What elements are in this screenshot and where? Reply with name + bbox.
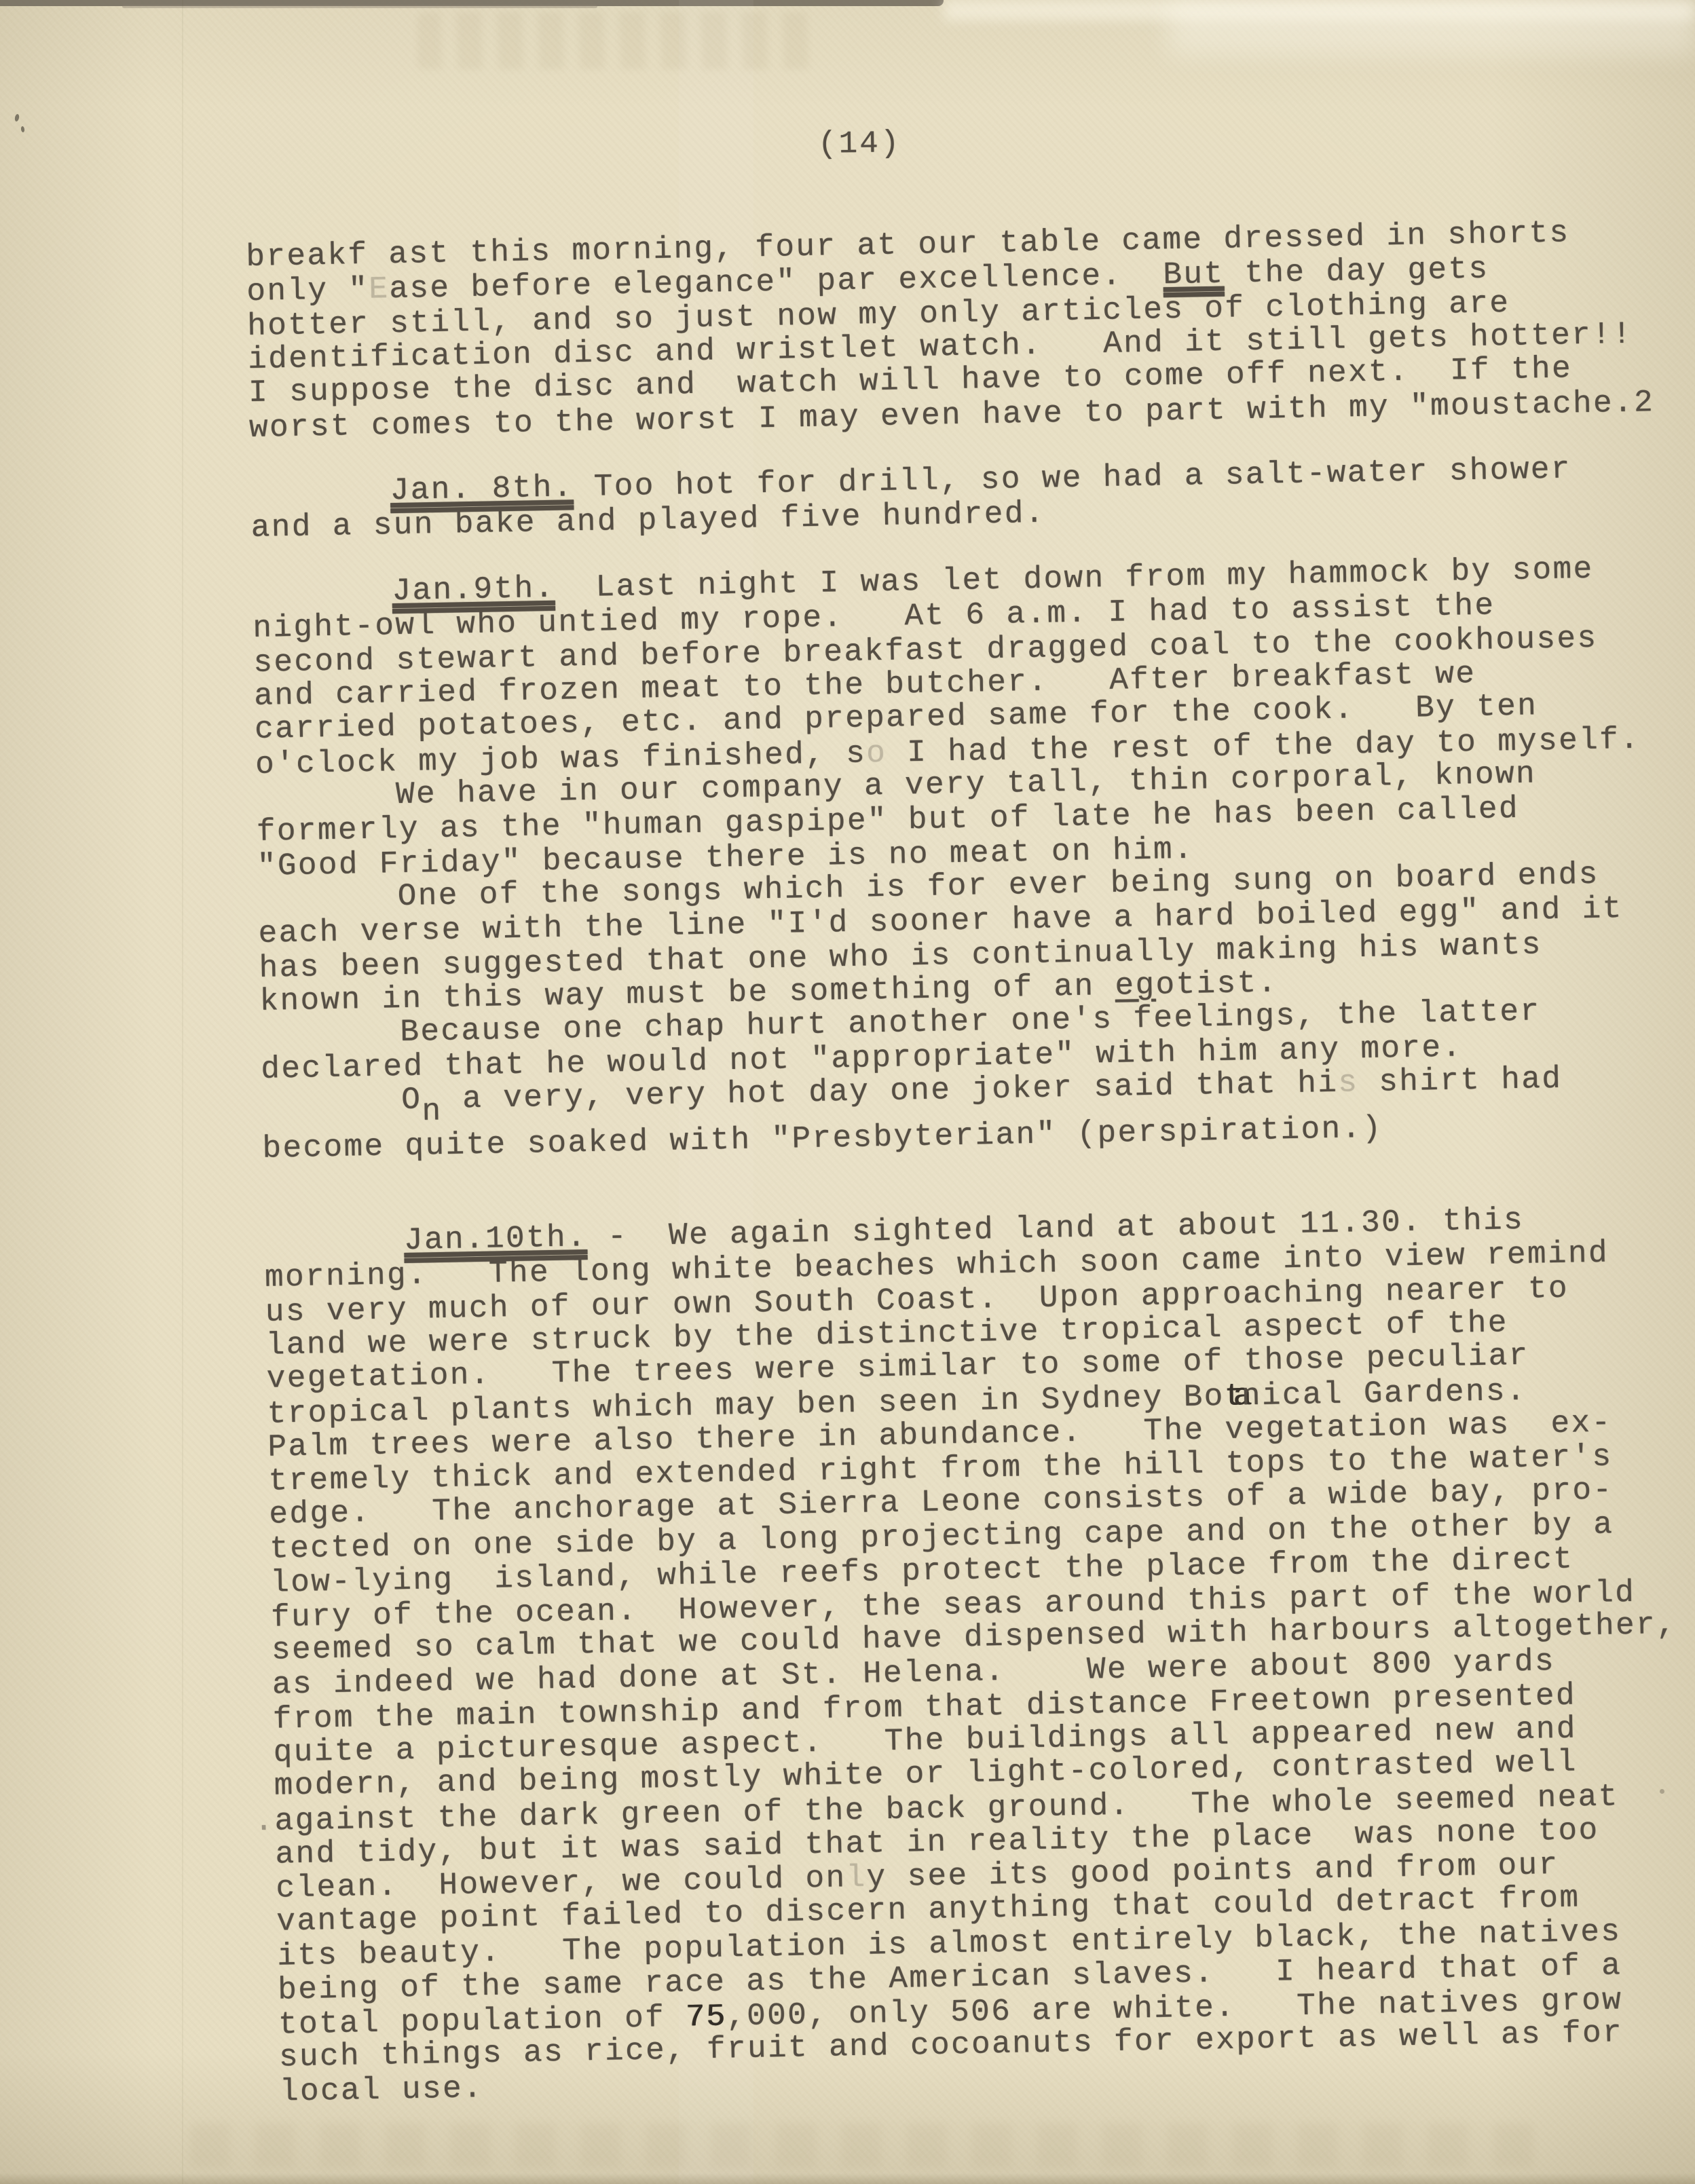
underlined-text: Jan.9th. (392, 571, 555, 609)
text-segment: shirt had (1358, 1061, 1563, 1100)
scanned-paper-sheet: (14) breakf ast this morning, four at ou… (0, 0, 1695, 2184)
text-segment: l (846, 1860, 867, 1896)
text-segment: s (1338, 1065, 1359, 1101)
paragraph: Jan.10th. - We again sighted land at abo… (264, 1201, 1695, 2109)
paper-crease-line (182, 0, 183, 2184)
underlined-text: But (1163, 257, 1225, 293)
text-segment: o (866, 736, 887, 772)
scan-bottom-edge (0, 2173, 1695, 2184)
text-segment: otist. (1155, 965, 1278, 1002)
text-segment: n (422, 1093, 443, 1129)
text-segment: only " (246, 272, 369, 309)
text-segment: ta (1224, 1379, 1242, 1414)
page-number: (14) (818, 126, 901, 162)
text-segment: local use. (280, 2071, 484, 2110)
text-segment: 75 (686, 1999, 727, 2035)
paper-corner-highlight (1168, 0, 1695, 54)
text-segment: . (254, 1804, 275, 1840)
text-segment: nical Gardens. (1241, 1374, 1527, 1414)
text-segment: O (401, 1082, 422, 1118)
ink-speck (14, 113, 20, 121)
paragraph: breakf ast this morning, four at our tab… (246, 214, 1692, 445)
paragraph: Jan.9th. Last night I was let down from … (252, 551, 1695, 781)
text-segment: E (369, 271, 390, 307)
typewritten-text-block: breakf ast this morning, four at our tab… (246, 214, 1695, 2109)
text-segment: the day gets (1224, 251, 1489, 291)
paragraph: Jan. 8th. Too hot for drill, so we had a… (250, 451, 1693, 545)
underlined-text: Jan. 8th. (390, 470, 574, 508)
ink-speck (20, 126, 24, 133)
ink-bleedthrough-bottom (190, 2123, 1534, 2168)
scan-top-edge-shadow (122, 5, 597, 8)
underlined-text: eg (1115, 968, 1156, 1004)
underlined-text: Jan.10th. (404, 1220, 588, 1259)
ink-bleedthrough-top (417, 12, 818, 69)
